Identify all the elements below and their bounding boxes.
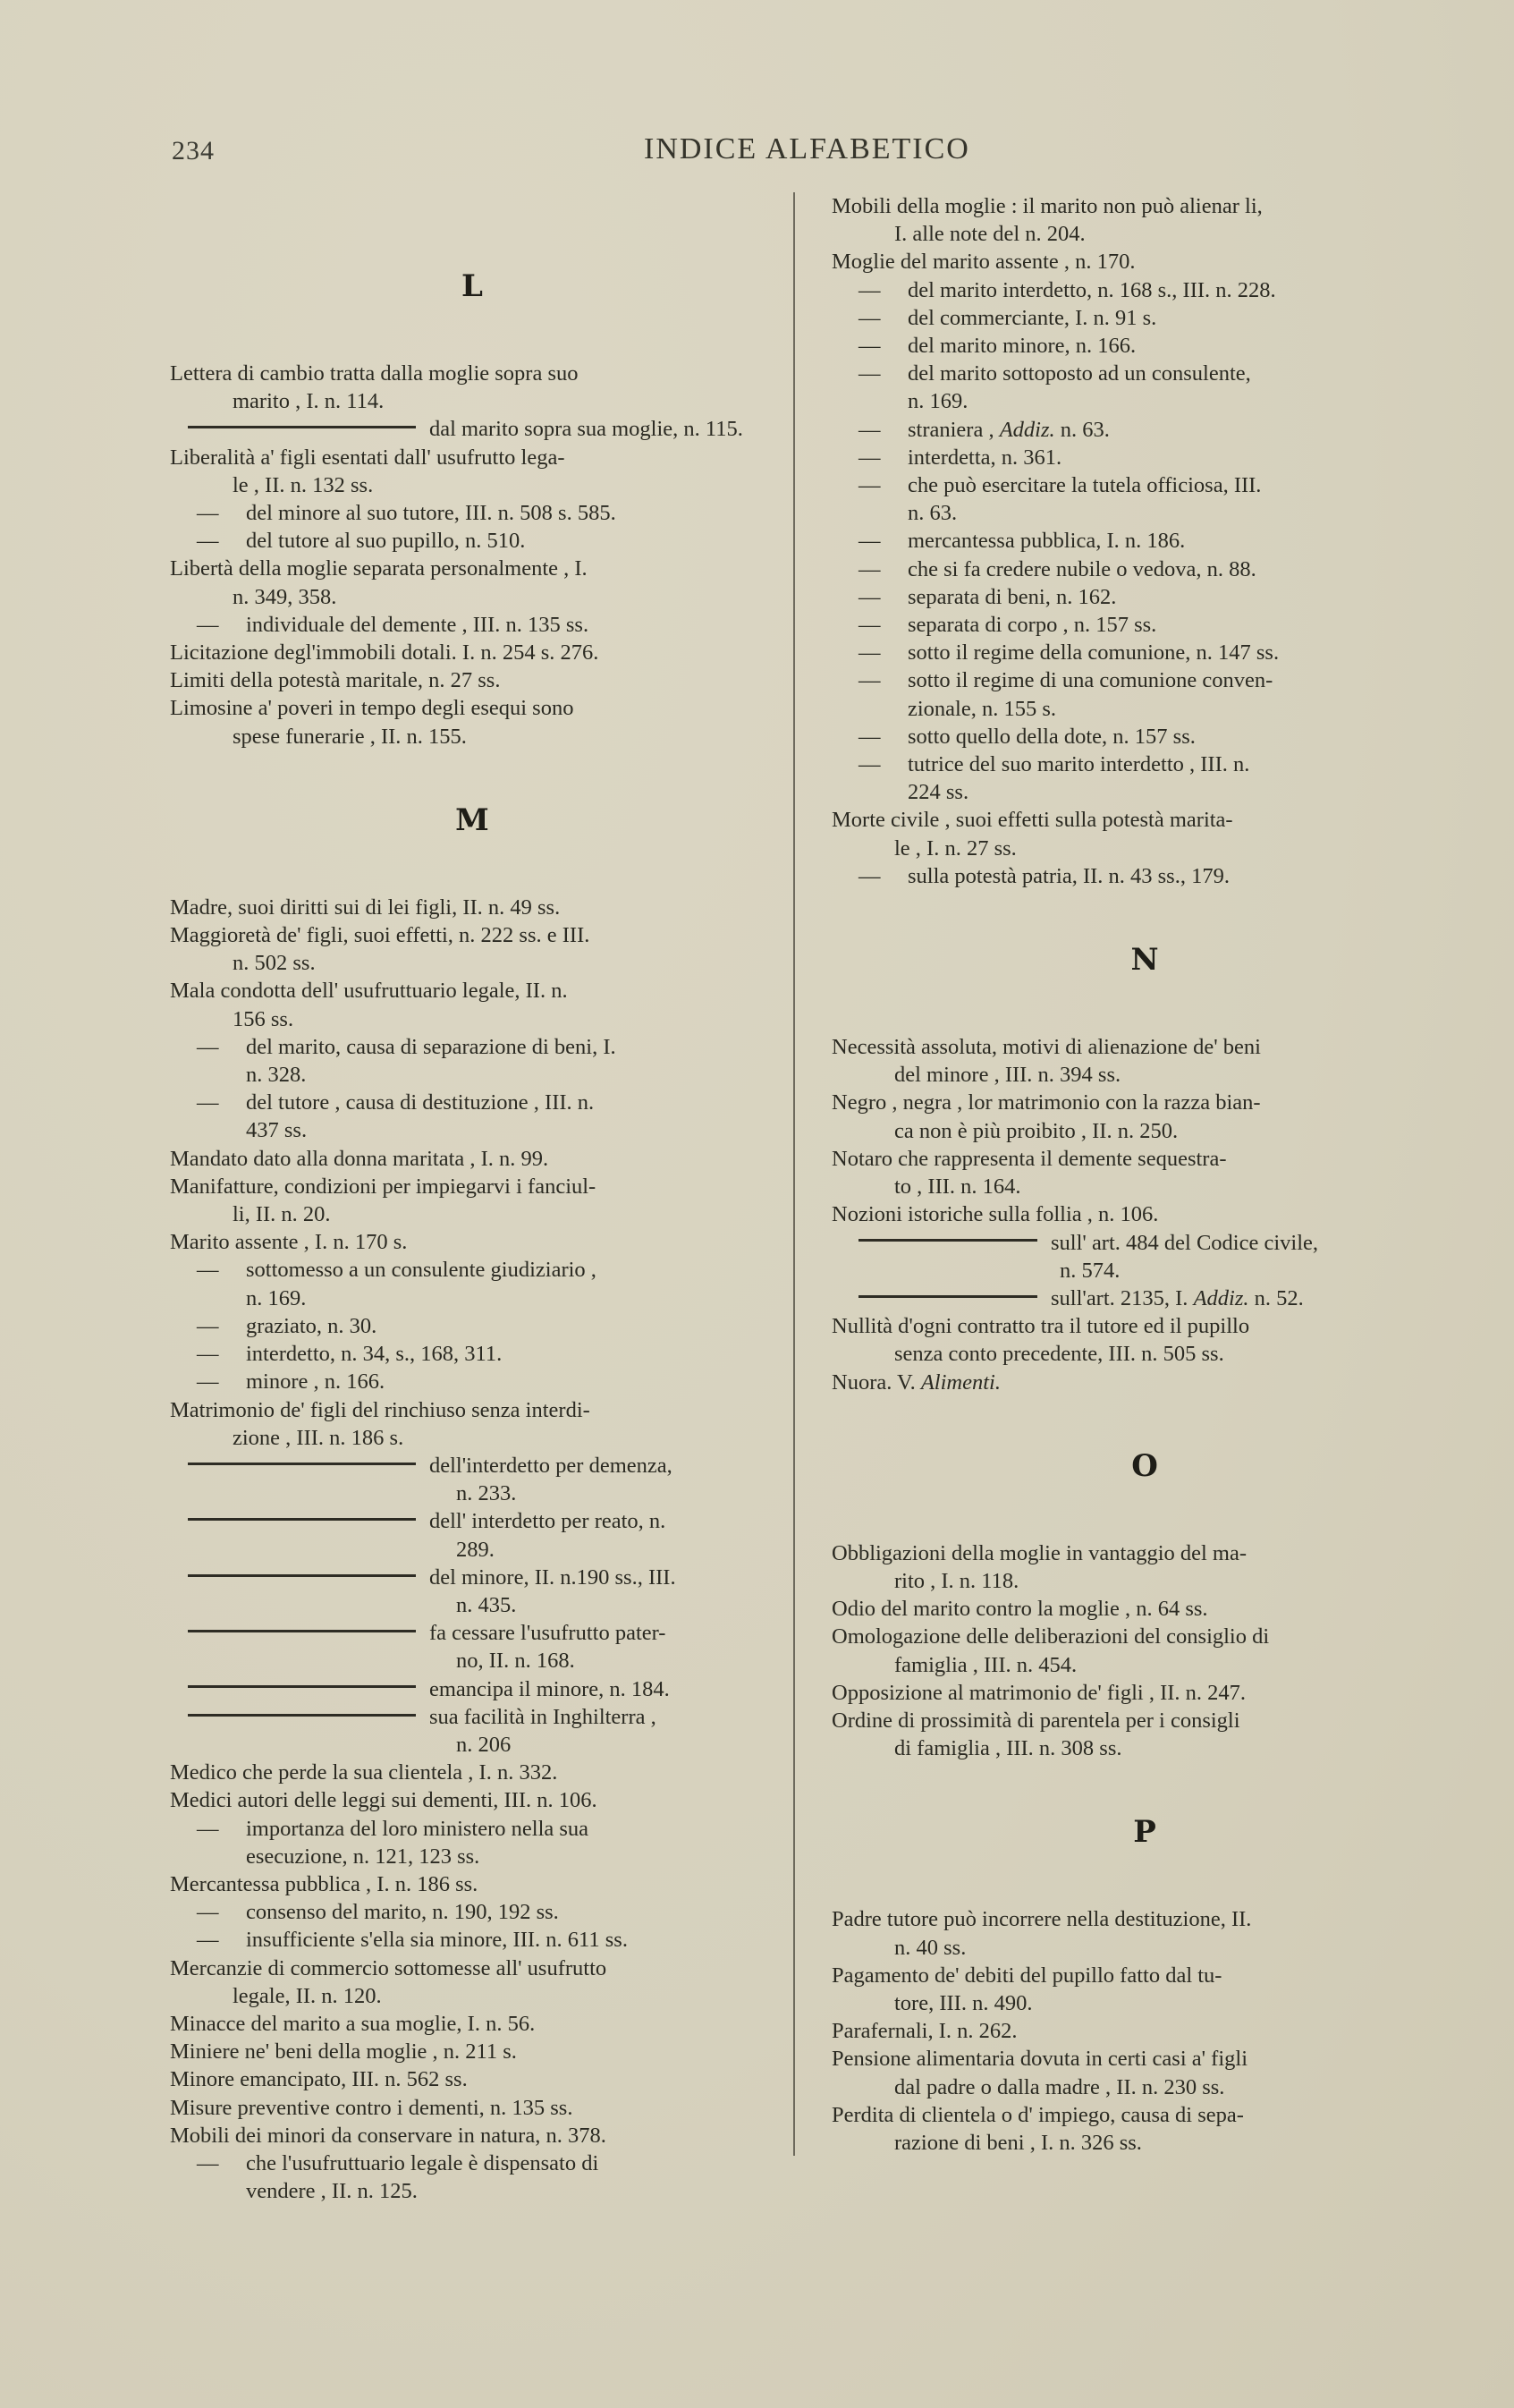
ditto-dash-icon: — [197,1926,246,1954]
index-subentry: —che si fa credere nubile o vedova, n. 8… [832,555,1458,583]
ditto-dash-icon: — [858,276,908,304]
index-subentry: sull' art. 484 del Codice civile,n. 574. [832,1229,1458,1285]
entry-text: Medici autori delle leggi sui dementi, I… [170,1788,597,1812]
entry-line: —mercantessa pubblica, I. n. 186. [832,527,1458,555]
index-subentry: —interdetta, n. 361. [832,444,1458,471]
entry-line: —che l'usufruttuario legale è dispensato… [170,2149,774,2177]
index-entry: Matrimonio de' figli del rinchiuso senza… [170,1396,774,1452]
entry-text: zione , III. n. 186 s. [233,1426,403,1450]
index-subentry: sua facilità in Inghilterra ,n. 206 [170,1703,774,1759]
entry-line: —sotto il regime della comunione, n. 147… [832,639,1458,666]
ditto-rule-icon [188,426,416,428]
index-entry: Medici autori delle leggi sui dementi, I… [170,1786,774,1814]
entry-text: Padre tutore può incorrere nella destitu… [832,1907,1251,1931]
ditto-dash-icon: — [197,1312,246,1340]
entry-line: Mobili della moglie : il marito non può … [832,192,1458,220]
ditto-dash-icon: — [197,1898,246,1926]
index-subentry: —sotto il regime di una comunione conven… [832,666,1458,722]
index-subentry: —del marito, causa di separazione di ben… [170,1033,774,1089]
entry-text: ca non è più proibito , II. n. 250. [894,1119,1178,1143]
index-subentry: —sulla potestà patria, II. n. 43 ss., 17… [832,862,1458,890]
ditto-rule-icon [858,1239,1037,1242]
entry-text: Lettera di cambio tratta dalla moglie so… [170,361,579,386]
section-letter-heading: P [832,1805,1458,1859]
index-subentry: —separata di beni, n. 162. [832,583,1458,611]
entry-text: che si fa credere nubile o vedova, n. 88… [908,557,1256,581]
entry-text: del tutore , causa di destituzione , III… [246,1090,594,1115]
index-entry: Limiti della potestà maritale, n. 27 ss. [170,666,774,694]
entry-line: Necessità assoluta, motivi di alienazion… [832,1033,1458,1061]
entry-line: —del tutore al suo pupillo, n. 510. [170,527,774,555]
entry-text: Opposizione al matrimonio de' figli , II… [832,1681,1246,1705]
entry-text: 437 ss. [246,1118,307,1142]
entry-line: dell'interdetto per demenza, [170,1452,774,1480]
index-subentry: —separata di corpo , n. 157 ss. [832,611,1458,639]
entry-continuation-line: n. 574. [832,1257,1458,1285]
index-subentry: —del tutore , causa di destituzione , II… [170,1089,774,1144]
index-entry: Liberalità a' figli esentati dall' usufr… [170,444,774,499]
entry-line: —insufficiente s'ella sia minore, III. n… [170,1926,774,1954]
entry-line: —sulla potestà patria, II. n. 43 ss., 17… [832,862,1458,890]
entry-continuation-line: n. 40 ss. [832,1934,1458,1962]
entry-continuation-line: 437 ss. [170,1116,774,1144]
ditto-rule-icon [188,1518,416,1521]
entry-text: Manifatture, condizioni per impiegarvi i… [170,1174,596,1199]
entry-continuation-line: 224 ss. [832,778,1458,806]
ditto-dash-icon: — [197,499,246,527]
index-subentry: —sotto il regime della comunione, n. 147… [832,639,1458,666]
entry-text: dell'interdetto per demenza, [429,1454,672,1478]
entry-line: sull' art. 484 del Codice civile, [832,1229,1458,1257]
entry-line: Notaro che rappresenta il demente seques… [832,1145,1458,1173]
section-letter-heading: M [170,793,774,847]
index-entry: Mobili dei minori da conservare in natur… [170,2122,774,2149]
ditto-dash-icon: — [858,611,908,639]
index-entry: Libertà della moglie separata personalme… [170,555,774,610]
index-subentry: —individuale del demente , III. n. 135 s… [170,611,774,639]
entry-line: Misure preventive contro i dementi, n. 1… [170,2094,774,2122]
ditto-dash-icon: — [197,2149,246,2177]
index-entry: Mobili della moglie : il marito non può … [832,192,1458,248]
index-subentry: del minore, II. n.190 ss., III.n. 435. [170,1564,774,1619]
entry-line: Opposizione al matrimonio de' figli , II… [832,1679,1458,1707]
entry-continuation-line: n. 435. [170,1591,774,1619]
entry-line: —del marito sottoposto ad un consulente, [832,360,1458,387]
entry-text: di famiglia , III. n. 308 ss. [894,1736,1122,1760]
entry-text: razione di beni , I. n. 326 ss. [894,2131,1142,2155]
page-number: 234 [172,136,215,166]
entry-text: Libertà della moglie separata personalme… [170,556,588,581]
entry-text: legale, II. n. 120. [233,1984,382,2008]
ditto-dash-icon: — [858,750,908,778]
index-entry: Notaro che rappresenta il demente seques… [832,1145,1458,1200]
entry-text: sotto il regime della comunione, n. 147 … [908,640,1279,665]
entry-line: —sottomesso a un consulente giudiziario … [170,1256,774,1284]
entry-continuation-line: 156 ss. [170,1005,774,1033]
entry-text: Mobili della moglie : il marito non può … [832,194,1263,218]
index-subentry: —del tutore al suo pupillo, n. 510. [170,527,774,555]
entry-line: Limosine a' poveri in tempo degli esequi… [170,694,774,722]
index-entry: Medico che perde la sua clientela , I. n… [170,1759,774,1786]
entry-line: —del marito interdetto, n. 168 s., III. … [832,276,1458,304]
index-subentry: —tutrice del suo marito interdetto , III… [832,750,1458,806]
entry-line: Padre tutore può incorrere nella destitu… [832,1905,1458,1933]
entry-line: —interdetta, n. 361. [832,444,1458,471]
entry-continuation-line: to , III. n. 164. [832,1173,1458,1200]
entry-text: interdetta, n. 361. [908,445,1061,470]
entry-text: Nozioni istoriche sulla follia , n. 106. [832,1202,1158,1226]
entry-text: del minore al suo tutore, III. n. 508 s.… [246,501,616,525]
index-entry: Miniere ne' beni della moglie , n. 211 s… [170,2038,774,2065]
entry-line: —minore , n. 166. [170,1368,774,1395]
entry-text: Perdita di clientela o d' impiego, causa… [832,2103,1244,2127]
ditto-dash-icon: — [197,1033,246,1061]
entry-text: mercantessa pubblica, I. n. 186. [908,529,1185,553]
entry-text: sotto il regime di una comunione conven- [908,668,1273,692]
entry-continuation-line: del minore , III. n. 394 ss. [832,1061,1458,1089]
index-entry: Perdita di clientela o d' impiego, causa… [832,2101,1458,2157]
entry-line: —che si fa credere nubile o vedova, n. 8… [832,555,1458,583]
entry-text: Miniere ne' beni della moglie , n. 211 s… [170,2039,517,2064]
index-entry: Madre, suoi diritti sui di lei figli, II… [170,894,774,921]
entry-text: Nuora. V. Alimenti. [832,1370,1001,1395]
left-column: LLettera di cambio tratta dalla moglie s… [170,259,774,2205]
index-entry: Limosine a' poveri in tempo degli esequi… [170,694,774,750]
entry-text: n. 435. [456,1593,516,1617]
entry-text: Mercantessa pubblica , I. n. 186 ss. [170,1872,478,1896]
entry-line: del minore, II. n.190 ss., III. [170,1564,774,1591]
entry-text: senza conto precedente, III. n. 505 ss. [894,1342,1224,1366]
entry-text: n. 169. [246,1286,306,1310]
entry-text: dell' interdetto per reato, n. [429,1509,665,1533]
ditto-dash-icon: — [197,611,246,639]
entry-text: consenso del marito, n. 190, 192 ss. [246,1900,559,1924]
index-subentry: —graziato, n. 30. [170,1312,774,1340]
entry-line: —del minore al suo tutore, III. n. 508 s… [170,499,774,527]
index-entry: Moglie del marito assente , n. 170. [832,248,1458,276]
entry-text: le , I. n. 27 ss. [894,836,1017,861]
entry-text: sulla potestà patria, II. n. 43 ss., 179… [908,864,1230,888]
entry-continuation-line: li, II. n. 20. [170,1200,774,1228]
entry-text: dal marito sopra sua moglie, n. 115. [429,417,743,441]
entry-line: Nuora. V. Alimenti. [832,1369,1458,1396]
entry-text: che l'usufruttuario legale è dispensato … [246,2151,598,2175]
entry-text: rito , I. n. 118. [894,1569,1019,1593]
entry-line: fa cessare l'usufrutto pater- [170,1619,774,1647]
index-entry: Pagamento de' debiti del pupillo fatto d… [832,1962,1458,2017]
entry-text: Limosine a' poveri in tempo degli esequi… [170,696,573,720]
index-subentry: —che può esercitare la tutela officiosa,… [832,471,1458,527]
ditto-dash-icon: — [858,555,908,583]
index-subentry: —insufficiente s'ella sia minore, III. n… [170,1926,774,1954]
ditto-rule-icon [188,1463,416,1465]
entry-continuation-line: marito , I. n. 114. [170,387,774,415]
ditto-dash-icon: — [858,639,908,666]
entry-text: marito , I. n. 114. [233,389,384,413]
entry-line: Matrimonio de' figli del rinchiuso senza… [170,1396,774,1424]
entry-line: Perdita di clientela o d' impiego, causa… [832,2101,1458,2129]
entry-text: Medico che perde la sua clientela , I. n… [170,1760,557,1785]
entry-line: —tutrice del suo marito interdetto , III… [832,750,1458,778]
index-subentry: dell'interdetto per demenza,n. 233. [170,1452,774,1507]
index-entry: Necessità assoluta, motivi di alienazion… [832,1033,1458,1089]
ditto-dash-icon: — [197,1089,246,1116]
entry-text: Maggioretà de' figli, suoi effetti, n. 2… [170,923,589,947]
ditto-dash-icon: — [197,1340,246,1368]
entry-text: n. 233. [456,1481,516,1505]
entry-line: —straniera , Addiz. n. 63. [832,416,1458,444]
entry-line: Omologazione delle deliberazioni del con… [832,1623,1458,1650]
entry-text: straniera , Addiz. n. 63. [908,418,1110,442]
index-subentry: —del minore al suo tutore, III. n. 508 s… [170,499,774,527]
entry-line: —sotto quello della dote, n. 157 ss. [832,723,1458,750]
index-subentry: —importanza del loro ministero nella sua… [170,1815,774,1870]
entry-line: Pensione alimentaria dovuta in certi cas… [832,2045,1458,2073]
ditto-dash-icon: — [197,1368,246,1395]
entry-text: separata di corpo , n. 157 ss. [908,613,1156,637]
running-head: INDICE ALFABETICO [644,132,970,166]
entry-text: to , III. n. 164. [894,1174,1021,1199]
entry-text: Omologazione delle deliberazioni del con… [832,1624,1269,1649]
index-entry: Parafernali, I. n. 262. [832,2017,1458,2045]
ditto-dash-icon: — [858,304,908,332]
index-subentry: sull'art. 2135, I. Addiz. n. 52. [832,1285,1458,1312]
entry-continuation-line: famiglia , III. n. 454. [832,1651,1458,1679]
index-subentry: —minore , n. 166. [170,1368,774,1395]
italic-reference: Addiz. [1000,418,1055,442]
entry-text: Parafernali, I. n. 262. [832,2019,1018,2043]
entry-text: n. 328. [246,1063,306,1087]
entry-continuation-line: spese funerarie , II. n. 155. [170,723,774,750]
entry-text: sull'art. 2135, I. Addiz. n. 52. [1051,1286,1304,1310]
entry-continuation-line: esecuzione, n. 121, 123 ss. [170,1843,774,1870]
entry-line: Medici autori delle leggi sui dementi, I… [170,1786,774,1814]
entry-line: Ordine di prossimità di parentela per i … [832,1707,1458,1734]
entry-line: Odio del marito contro la moglie , n. 64… [832,1595,1458,1623]
ditto-dash-icon: — [197,1815,246,1843]
entry-line: Pagamento de' debiti del pupillo fatto d… [832,1962,1458,1989]
column-divider [793,192,795,2156]
entry-text: li, II. n. 20. [233,1202,331,1226]
entry-text: Mobili dei minori da conservare in natur… [170,2124,606,2148]
entry-text: Mala condotta dell' usufruttuario legale… [170,979,568,1003]
entry-continuation-line: n. 206 [170,1731,774,1759]
ditto-rule-icon [188,1630,416,1632]
entry-text: Mercanzie di commercio sottomesse all' u… [170,1956,606,1980]
entry-text: emancipa il minore, n. 184. [429,1677,670,1701]
entry-text: del minore, II. n.190 ss., III. [429,1565,676,1590]
index-subentry: fa cessare l'usufrutto pater-no, II. n. … [170,1619,774,1675]
entry-line: Licitazione degl'immobili dotali. I. n. … [170,639,774,666]
index-entry: Nuora. V. Alimenti. [832,1369,1458,1396]
entry-text: insufficiente s'ella sia minore, III. n.… [246,1928,628,1952]
entry-text: separata di beni, n. 162. [908,585,1116,609]
section-letter-heading: N [832,933,1458,987]
entry-text: sottomesso a un consulente giudiziario , [246,1258,596,1282]
entry-text: n. 349, 358. [233,585,336,609]
index-entry: Morte civile , suoi effetti sulla potest… [832,806,1458,861]
entry-continuation-line: n. 328. [170,1061,774,1089]
ditto-dash-icon: — [858,444,908,471]
entry-line: —del marito, causa di separazione di ben… [170,1033,774,1061]
entry-text: n. 63. [908,501,957,525]
entry-text: Ordine di prossimità di parentela per i … [832,1708,1240,1733]
entry-text: no, II. n. 168. [456,1649,575,1673]
entry-text: 289. [456,1538,495,1562]
entry-text: graziato, n. 30. [246,1314,376,1338]
entry-text: Minacce del marito a sua moglie, I. n. 5… [170,2012,535,2036]
index-subentry: —del marito sottoposto ad un consulente,… [832,360,1458,415]
entry-line: sua facilità in Inghilterra , [170,1703,774,1731]
entry-text: Odio del marito contro la moglie , n. 64… [832,1597,1208,1621]
entry-text: 156 ss. [233,1007,293,1031]
entry-continuation-line: n. 169. [832,387,1458,415]
entry-text: individuale del demente , III. n. 135 ss… [246,613,588,637]
entry-text: Necessità assoluta, motivi di alienazion… [832,1035,1261,1059]
entry-text: Nullità d'ogni contratto tra il tutore e… [832,1314,1249,1338]
entry-text: n. 574. [1060,1259,1120,1283]
ditto-rule-icon [188,1574,416,1577]
entry-line: —importanza del loro ministero nella sua [170,1815,774,1843]
entry-line: Parafernali, I. n. 262. [832,2017,1458,2045]
entry-text: Negro , negra , lor matrimonio con la ra… [832,1090,1261,1115]
entry-line: —graziato, n. 30. [170,1312,774,1340]
entry-text: esecuzione, n. 121, 123 ss. [246,1844,479,1869]
entry-line: dell' interdetto per reato, n. [170,1507,774,1535]
entry-text: n. 206 [456,1733,511,1757]
ditto-dash-icon: — [197,1256,246,1284]
entry-text: sull' art. 484 del Codice civile, [1051,1231,1318,1255]
entry-continuation-line: tore, III. n. 490. [832,1989,1458,2017]
ditto-dash-icon: — [858,862,908,890]
index-subentry: dell' interdetto per reato, n.289. [170,1507,774,1563]
entry-text: Limiti della potestà maritale, n. 27 ss. [170,668,500,692]
entry-line: —individuale del demente , III. n. 135 s… [170,611,774,639]
entry-text: sotto quello della dote, n. 157 ss. [908,725,1196,749]
ditto-dash-icon: — [858,583,908,611]
index-subentry: —del marito interdetto, n. 168 s., III. … [832,276,1458,304]
ditto-dash-icon: — [858,723,908,750]
entry-text: sua facilità in Inghilterra , [429,1705,656,1729]
entry-text: zionale, n. 155 s. [908,697,1056,721]
entry-line: Nozioni istoriche sulla follia , n. 106. [832,1200,1458,1228]
index-entry: Minacce del marito a sua moglie, I. n. 5… [170,2010,774,2038]
entry-line: —separata di beni, n. 162. [832,583,1458,611]
index-entry: Licitazione degl'immobili dotali. I. n. … [170,639,774,666]
entry-line: Nullità d'ogni contratto tra il tutore e… [832,1312,1458,1340]
entry-text: I. alle note del n. 204. [894,222,1086,246]
entry-continuation-line: 289. [170,1536,774,1564]
index-entry: Marito assente , I. n. 170 s. [170,1228,774,1256]
entry-continuation-line: I. alle note del n. 204. [832,220,1458,248]
index-subentry: —sottomesso a un consulente giudiziario … [170,1256,774,1311]
entry-continuation-line: n. 502 ss. [170,949,774,977]
ditto-dash-icon: — [858,471,908,499]
index-entry: Mercantessa pubblica , I. n. 186 ss. [170,1870,774,1898]
entry-line: —del tutore , causa di destituzione , II… [170,1089,774,1116]
entry-text: le , II. n. 132 ss. [233,473,373,497]
index-subentry: —del marito minore, n. 166. [832,332,1458,360]
entry-line: —che può esercitare la tutela officiosa,… [832,471,1458,499]
entry-line: sull'art. 2135, I. Addiz. n. 52. [832,1285,1458,1312]
index-entry: Negro , negra , lor matrimonio con la ra… [832,1089,1458,1144]
entry-line: Negro , negra , lor matrimonio con la ra… [832,1089,1458,1116]
ditto-dash-icon: — [858,666,908,694]
entry-line: Mercantessa pubblica , I. n. 186 ss. [170,1870,774,1898]
italic-reference: Alimenti. [921,1370,1001,1395]
entry-continuation-line: di famiglia , III. n. 308 ss. [832,1734,1458,1762]
index-entry: Mercanzie di commercio sottomesse all' u… [170,1954,774,2010]
entry-line: Mandato dato alla donna maritata , I. n.… [170,1145,774,1173]
entry-continuation-line: vendere , II. n. 125. [170,2177,774,2205]
entry-text: del marito interdetto, n. 168 s., III. n… [908,278,1276,302]
entry-text: n. 169. [908,389,968,413]
entry-line: —del commerciante, I. n. 91 s. [832,304,1458,332]
entry-line: Manifatture, condizioni per impiegarvi i… [170,1173,774,1200]
index-entry: Obbligazioni della moglie in vantaggio d… [832,1539,1458,1595]
index-subentry: emancipa il minore, n. 184. [170,1675,774,1703]
entry-line: —consenso del marito, n. 190, 192 ss. [170,1898,774,1926]
entry-line: Maggioretà de' figli, suoi effetti, n. 2… [170,921,774,949]
entry-text: n. 40 ss. [894,1936,966,1960]
entry-text: Matrimonio de' figli del rinchiuso senza… [170,1398,590,1422]
entry-text: del commerciante, I. n. 91 s. [908,306,1156,330]
entry-text: Pagamento de' debiti del pupillo fatto d… [832,1963,1222,1988]
entry-continuation-line: dal padre o dalla madre , II. n. 230 ss. [832,2073,1458,2101]
entry-line: —sotto il regime di una comunione conven… [832,666,1458,694]
ditto-dash-icon: — [858,527,908,555]
entry-continuation-line: legale, II. n. 120. [170,1982,774,2010]
entry-text: n. 502 ss. [233,951,316,975]
index-entry: Nullità d'ogni contratto tra il tutore e… [832,1312,1458,1368]
entry-text: famiglia , III. n. 454. [894,1653,1077,1677]
index-entry: Mandato dato alla donna maritata , I. n.… [170,1145,774,1173]
index-subentry: —straniera , Addiz. n. 63. [832,416,1458,444]
entry-text: del minore , III. n. 394 ss. [894,1063,1121,1087]
entry-text: del tutore al suo pupillo, n. 510. [246,529,525,553]
entry-line: Morte civile , suoi effetti sulla potest… [832,806,1458,834]
entry-line: Minacce del marito a sua moglie, I. n. 5… [170,2010,774,2038]
entry-text: del marito sottoposto ad un consulente, [908,361,1251,386]
entry-text: 224 ss. [908,780,968,804]
index-subentry: —mercantessa pubblica, I. n. 186. [832,527,1458,555]
entry-continuation-line: n. 349, 358. [170,583,774,611]
entry-line: Medico che perde la sua clientela , I. n… [170,1759,774,1786]
entry-text: Mandato dato alla donna maritata , I. n.… [170,1147,548,1171]
entry-text: del marito minore, n. 166. [908,334,1136,358]
index-entry: Padre tutore può incorrere nella destitu… [832,1905,1458,1961]
entry-text: Licitazione degl'immobili dotali. I. n. … [170,640,598,665]
entry-text: Morte civile , suoi effetti sulla potest… [832,808,1233,832]
entry-text: spese funerarie , II. n. 155. [233,725,467,749]
ditto-rule-icon [188,1685,416,1688]
entry-line: Mala condotta dell' usufruttuario legale… [170,977,774,1005]
ditto-dash-icon: — [858,416,908,444]
entry-text: tore, III. n. 490. [894,1991,1032,2015]
index-entry: Odio del marito contro la moglie , n. 64… [832,1595,1458,1623]
entry-text: Misure preventive contro i dementi, n. 1… [170,2096,572,2120]
entry-line: Moglie del marito assente , n. 170. [832,248,1458,276]
entry-text: Notaro che rappresenta il demente seques… [832,1147,1226,1171]
index-entry: Ordine di prossimità di parentela per i … [832,1707,1458,1762]
entry-line: Mercanzie di commercio sottomesse all' u… [170,1954,774,1982]
ditto-dash-icon: — [858,332,908,360]
entry-text: Obbligazioni della moglie in vantaggio d… [832,1541,1247,1565]
index-entry: Minore emancipato, III. n. 562 ss. [170,2065,774,2093]
entry-line: Obbligazioni della moglie in vantaggio d… [832,1539,1458,1567]
index-subentry: —del commerciante, I. n. 91 s. [832,304,1458,332]
index-entry: Pensione alimentaria dovuta in certi cas… [832,2045,1458,2100]
